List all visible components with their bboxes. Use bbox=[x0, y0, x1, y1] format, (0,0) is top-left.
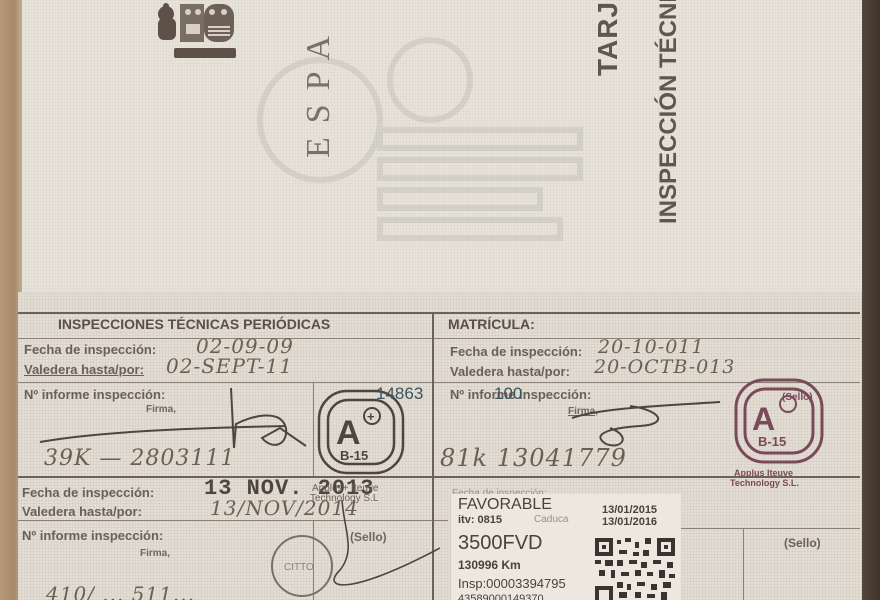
svg-text:A: A bbox=[336, 414, 361, 452]
sticker-caduca-label: Caduca bbox=[534, 514, 568, 525]
cover-card-subtitle: INSPECCIÓN TÉCNIC bbox=[655, 0, 683, 224]
valid-until-label: Valedera hasta/por: bbox=[24, 362, 144, 377]
cover-card-title: TARJ bbox=[592, 1, 624, 76]
seal-label: (Sello) bbox=[782, 392, 813, 403]
entry2-valid-until: 20-OCTB-013 bbox=[594, 356, 735, 378]
svg-text:Technology S.L.: Technology S.L. bbox=[730, 478, 799, 488]
inspection-date-label: Fecha de inspección: bbox=[22, 485, 154, 500]
sticker-date-2: 13/01/2016 bbox=[602, 516, 657, 528]
watermark-emblem-icon bbox=[230, 20, 630, 260]
sticker-result: FAVORABLE bbox=[458, 496, 552, 514]
form-row-divider bbox=[680, 528, 860, 529]
signature-scribble-icon bbox=[36, 384, 316, 454]
svg-text:B-15: B-15 bbox=[340, 448, 368, 463]
svg-text:B-15: B-15 bbox=[758, 434, 786, 449]
svg-text:CITTO: CITTO bbox=[284, 562, 314, 573]
sticker-plate: 3500FVD bbox=[458, 532, 543, 555]
sticker-bottom-code: 43589000149370 bbox=[458, 593, 544, 600]
spain-coat-of-arms-icon bbox=[150, 0, 240, 62]
inspection-date-label: Fecha de inspección: bbox=[450, 344, 582, 359]
seal-box-divider bbox=[743, 528, 744, 600]
svg-text:A: A bbox=[752, 401, 775, 437]
itv-approval-stamp-icon: A B-15 Applus Iteuve Technology S.L. bbox=[730, 376, 830, 488]
entry2-inspection-date: 20-10-011 bbox=[598, 336, 704, 358]
valid-until-label: Valedera hasta/por: bbox=[22, 504, 142, 519]
entry2-report-number: 81k 13041779 bbox=[440, 444, 627, 472]
sticker-itv: itv: 0815 bbox=[458, 514, 502, 526]
svg-text:Applus Iteuve: Applus Iteuve bbox=[734, 468, 793, 478]
entry1-report-number: 39K — 2803111 bbox=[44, 446, 235, 471]
periodic-inspections-header: INSPECCIONES TÉCNICAS PERIÓDICAS bbox=[58, 316, 330, 332]
report-number-label: Nº informe inspección: bbox=[22, 528, 163, 543]
signature-scribble-icon bbox=[570, 390, 730, 450]
form-row-divider bbox=[18, 338, 860, 339]
overlay-number-2: 100 bbox=[494, 384, 522, 404]
cover-country-text: ESPA bbox=[300, 22, 338, 158]
signature-label: Firma, bbox=[140, 548, 170, 559]
sticker-date-1: 13/01/2015 bbox=[602, 504, 657, 516]
sticker-inspection-number: Insp:00003394795 bbox=[458, 576, 566, 591]
stamp-circle-scribble-icon: CITTO bbox=[260, 500, 440, 600]
svg-text:+: + bbox=[367, 409, 375, 424]
plate-header: MATRÍCULA: bbox=[448, 316, 535, 332]
form-top-border bbox=[18, 312, 860, 314]
sticker-mileage: 130996 Km bbox=[458, 558, 521, 572]
overlay-number-1: 14863 bbox=[376, 384, 423, 404]
valid-until-label: Valedera hasta/por: bbox=[450, 364, 570, 379]
inspection-date-label: Fecha de inspección: bbox=[24, 342, 156, 357]
entry1-valid-until: 02-SEPT-11 bbox=[166, 354, 293, 378]
seal-label: (Sello) bbox=[784, 536, 821, 550]
entry3-report-number: 410/ ... 511... bbox=[46, 582, 195, 600]
qr-code-icon bbox=[595, 538, 677, 600]
